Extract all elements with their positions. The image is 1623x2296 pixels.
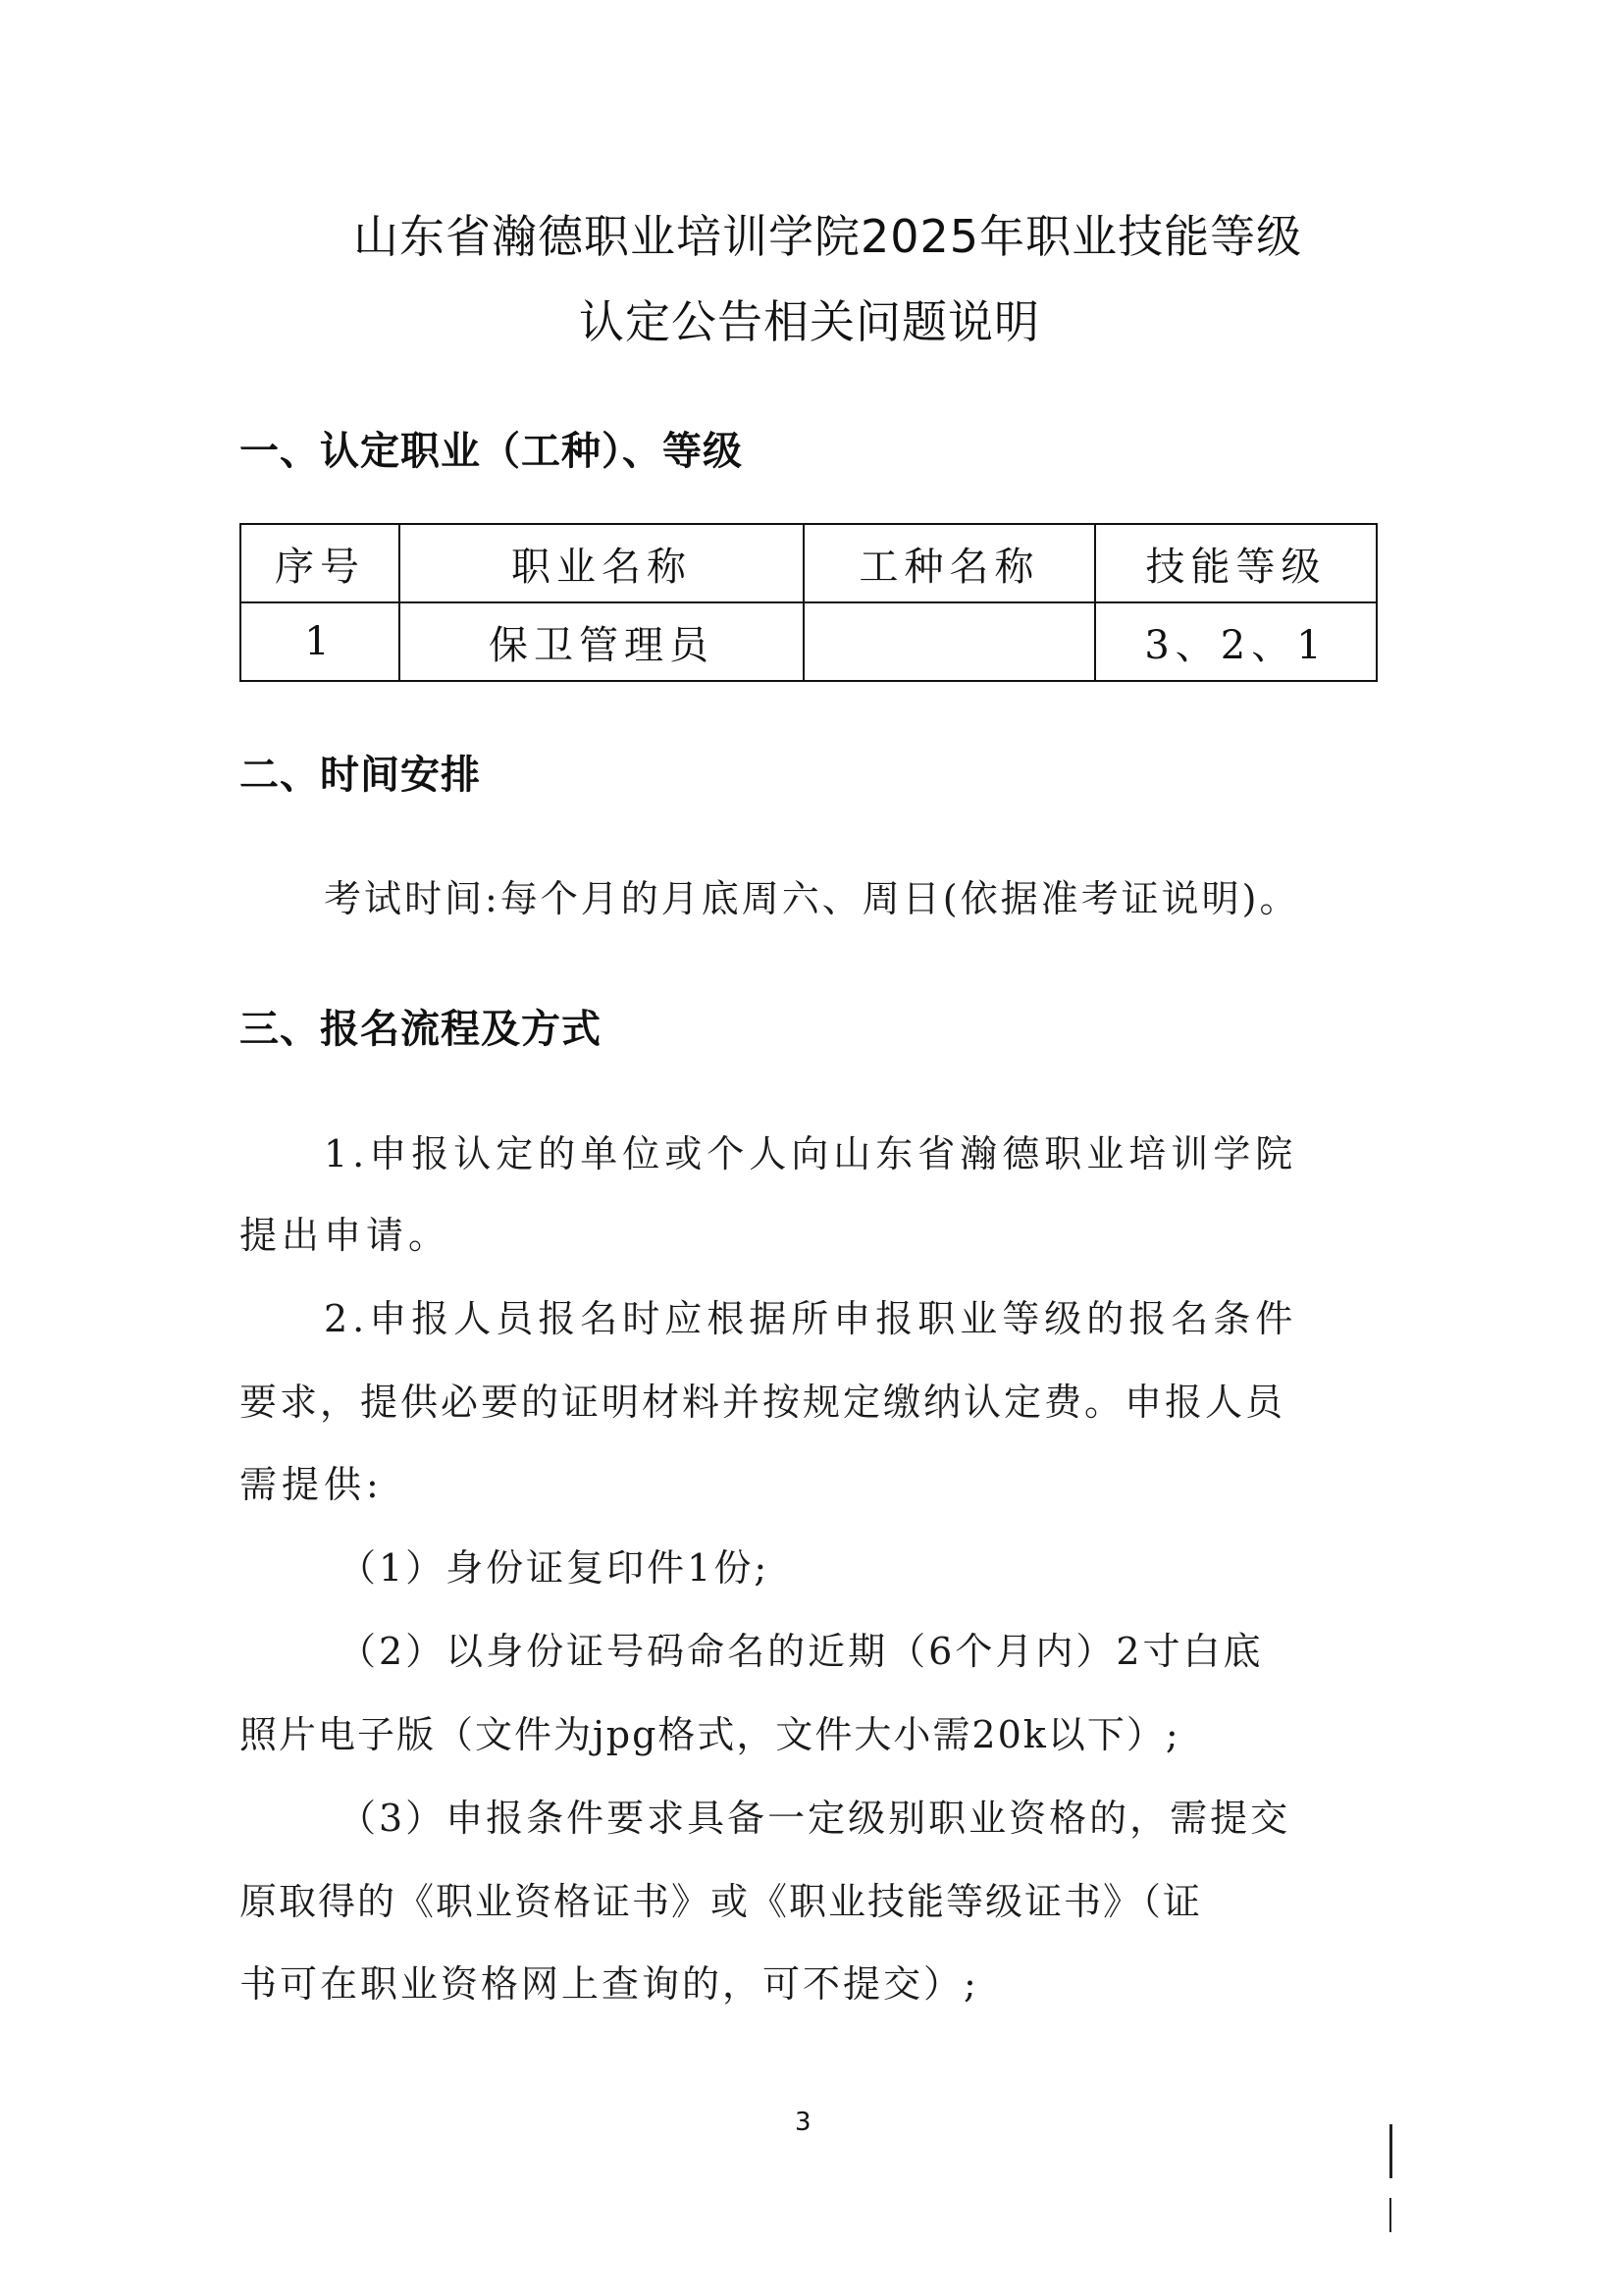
paragraph-line: （3）申报条件要求具备一定级别职业资格的，需提交: [339, 1788, 1290, 1842]
paragraph-line: 要求，提供必要的证明材料并按规定缴纳认定费。申报人员: [239, 1372, 1285, 1426]
table-cell: 保卫管理员: [399, 602, 804, 681]
page-number: 3: [795, 2108, 811, 2137]
paragraph-line: 原取得的《职业资格证书》或《职业技能等级证书》（证: [239, 1871, 1202, 1925]
occupation-table: 序号 职业名称 工种名称 技能等级 1 保卫管理员 3、2、1: [239, 523, 1378, 682]
table-header-cell: 职业名称: [399, 524, 804, 602]
exam-time-text: 考试时间:每个月的月底周六、周日(依据准考证说明)。: [324, 868, 1299, 922]
paragraph-line: 提出申请。: [239, 1205, 450, 1259]
scan-artifact-mark: [1389, 2198, 1391, 2232]
paragraph-line: 需提供:: [239, 1454, 384, 1508]
table-header-cell: 工种名称: [804, 524, 1095, 602]
table-row: 1 保卫管理员 3、2、1: [240, 602, 1377, 681]
paragraph-line: （1）身份证复印件1份;: [339, 1538, 769, 1592]
section-heading-3: 三、报名流程及方式: [239, 998, 602, 1054]
paragraph-line: 1.申报认定的单位或个人向山东省瀚德职业培训学院: [324, 1123, 1297, 1177]
table-header-cell: 技能等级: [1095, 524, 1377, 602]
table-cell: [804, 602, 1095, 681]
paragraph-line: （2）以身份证号码命名的近期（6个月内）2寸白底: [339, 1621, 1264, 1675]
paragraph-line: 书可在职业资格网上查询的，可不提交）;: [239, 1954, 979, 2008]
document-title-line-1: 山东省瀚德职业培训学院2025年职业技能等级: [353, 201, 1302, 266]
table-header-cell: 序号: [240, 524, 399, 602]
document-title-line-2: 认定公告相关问题说明: [579, 287, 1040, 351]
scan-artifact-mark: [1389, 2124, 1392, 2178]
section-heading-1: 一、认定职业（工种）、等级: [239, 420, 743, 476]
section-heading-2: 二、时间安排: [239, 744, 481, 800]
table-header-row: 序号 职业名称 工种名称 技能等级: [240, 524, 1377, 602]
paragraph-line: 照片电子版（文件为jpg格式，文件大小需20k以下）;: [239, 1704, 1180, 1758]
table-cell: 3、2、1: [1095, 602, 1377, 681]
paragraph-line: 2.申报人员报名时应根据所申报职业等级的报名条件: [324, 1288, 1297, 1342]
table-cell: 1: [240, 602, 399, 681]
